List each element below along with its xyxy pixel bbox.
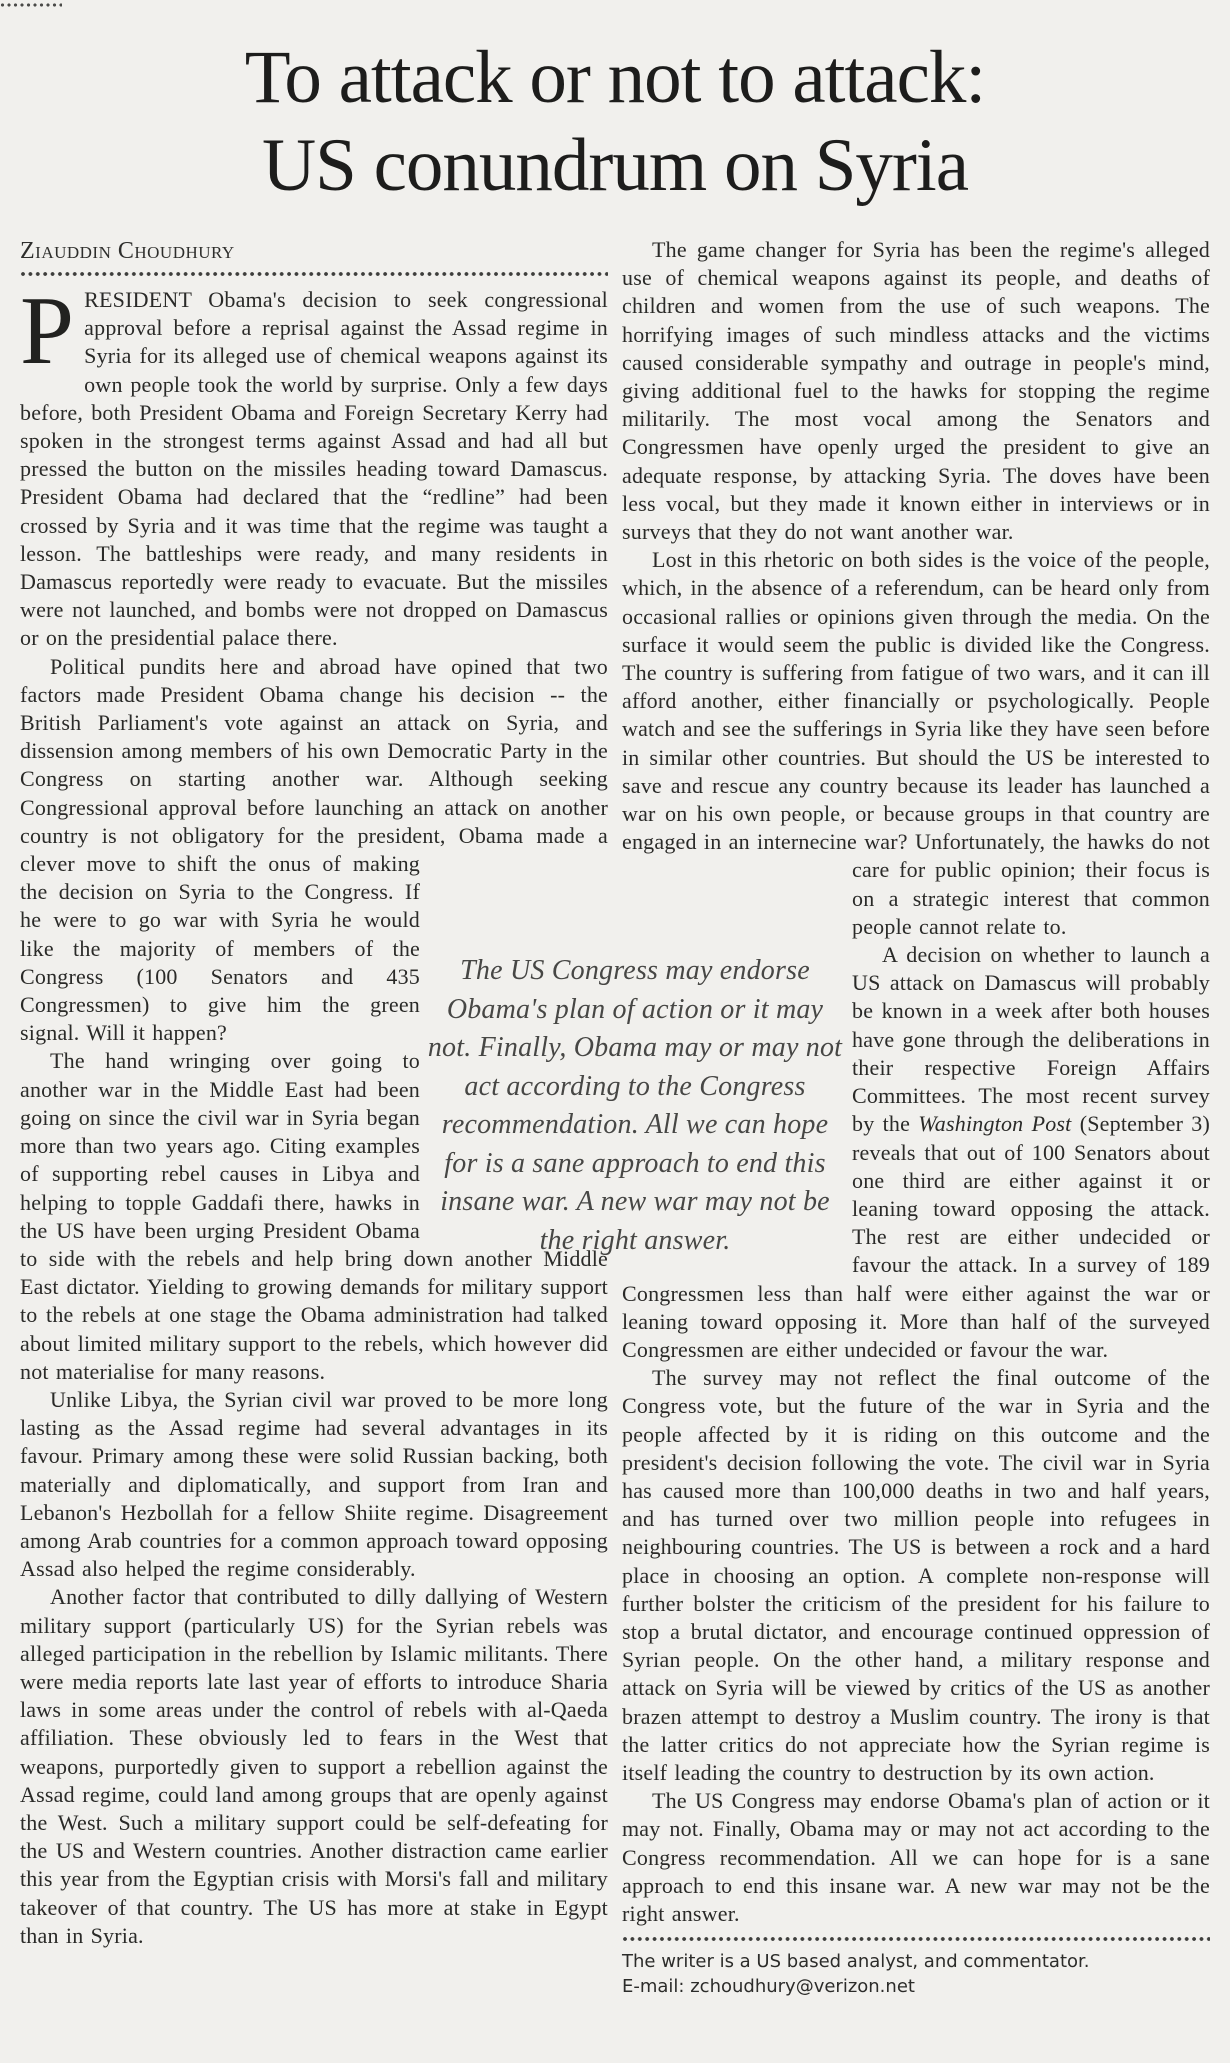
paragraph-lead: P RESIDENT Obama's decision to seek cong… <box>20 286 608 653</box>
byline-dotted-rule <box>20 271 608 277</box>
writer-note: The writer is a US based analyst, and co… <box>622 1949 1210 1999</box>
byline: Ziauddin Choudhury <box>20 236 608 266</box>
paragraph-text: A decision on whether to launch a US att… <box>852 942 1210 1136</box>
footer-dotted-rule <box>622 1936 1210 1942</box>
paragraph-text: Political pundits here and abroad have o… <box>20 654 608 876</box>
newspaper-page: To attack or not to attack: US conundrum… <box>0 0 1230 2063</box>
paragraph-text: RESIDENT Obama's decision to seek congre… <box>20 287 608 650</box>
paragraph: The US Congress may endorse Obama's plan… <box>622 1787 1210 1928</box>
drop-cap: P <box>20 286 84 371</box>
paragraph: The game changer for Syria has been the … <box>622 236 1210 546</box>
writer-note-line: The writer is a US based analyst, and co… <box>622 1949 1210 1974</box>
writer-email: E-mail: zchoudhury@verizon.net <box>622 1974 1210 1999</box>
headline-line-2: US conundrum on Syria <box>20 122 1210 210</box>
article-headline: To attack or not to attack: US conundrum… <box>0 0 1230 236</box>
paragraph-text: making the decision on Syria to the Cong… <box>20 851 420 1045</box>
paragraph: The survey may not reflect the final out… <box>622 1364 1210 1787</box>
paragraph: Unlike Libya, the Syrian civil war prove… <box>20 1386 608 1583</box>
headline-line-1: To attack or not to attack: <box>20 34 1210 122</box>
publication-name: Washington Post <box>918 1111 1071 1136</box>
paragraph: Lost in this rhetoric on both sides is t… <box>622 546 1210 941</box>
paragraph: Another factor that contributed to dilly… <box>20 1583 608 1950</box>
paragraph-text: Lost in this rhetoric on both sides is t… <box>622 547 1210 854</box>
pull-quote: The US Congress may endorse Obama's plan… <box>425 952 845 1260</box>
scan-dots-artifact <box>0 2 62 8</box>
